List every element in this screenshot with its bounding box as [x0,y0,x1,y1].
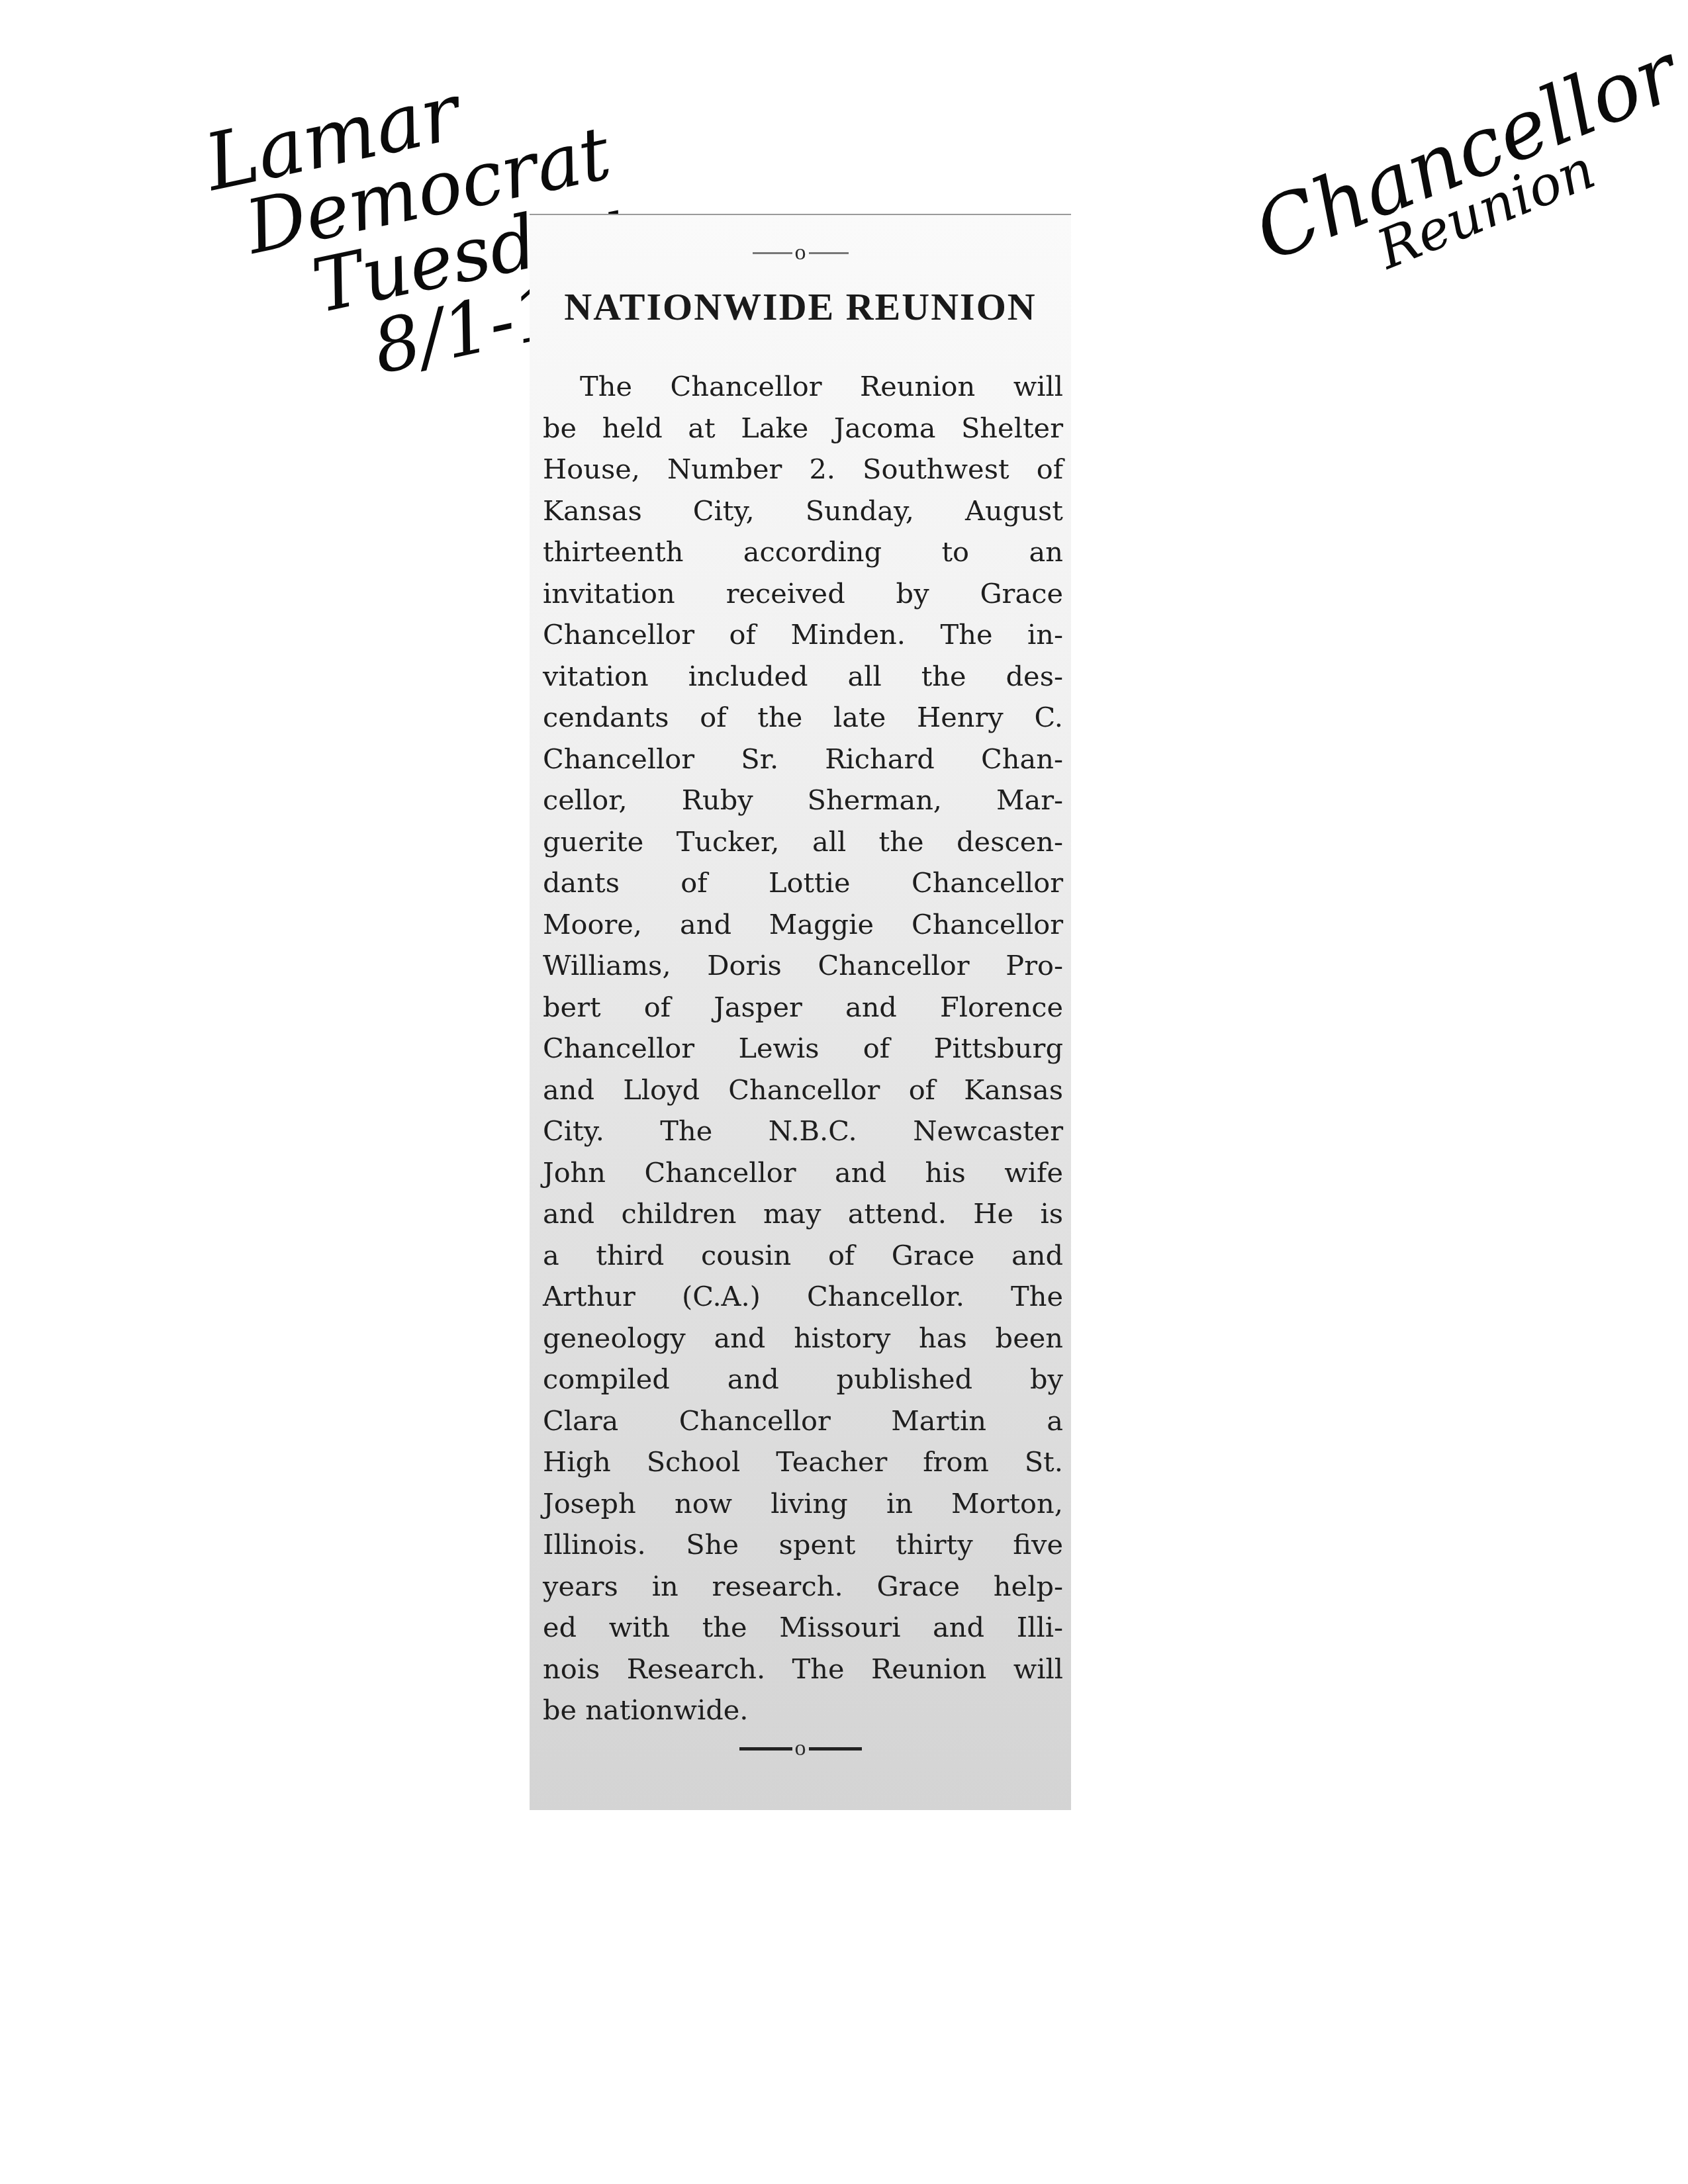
article-line: a third cousin of Grace and [543,1235,1063,1277]
article-line: ed with the Missouri and Illi- [543,1607,1063,1649]
article-line: High School Teacher from St. [543,1441,1063,1483]
handwritten-subject-note: Chancellor Reunion [1244,32,1688,318]
article-line: Chancellor Lewis of Pittsburg [543,1028,1063,1069]
article-line: Clara Chancellor Martin a [543,1400,1063,1442]
article-line: John Chancellor and his wife [543,1152,1063,1194]
article-line: Arthur (C.A.) Chancellor. The [543,1276,1063,1318]
article-line: Williams, Doris Chancellor Pro- [543,945,1063,987]
article-line: Moore, and Maggie Chancellor [543,904,1063,946]
article-line: and Lloyd Chancellor of Kansas [543,1069,1063,1111]
article-line: Illinois. She spent thirty five [543,1524,1063,1566]
article-line: Joseph now living in Morton, [543,1483,1063,1525]
article-line: dants of Lottie Chancellor [543,862,1063,904]
article-line: The Chancellor Reunion will [543,366,1063,408]
article-line: Kansas City, Sunday, August [543,490,1063,532]
article-line: Chancellor of Minden. The in- [543,614,1063,656]
article-line: years in research. Grace help- [543,1566,1063,1608]
article-line: vitation included all the des- [543,656,1063,698]
article-line: nois Research. The Reunion will [543,1649,1063,1690]
article-line: cendants of the late Henry C. [543,697,1063,739]
article-line: geneology and history has been [543,1318,1063,1359]
article-line: bert of Jasper and Florence [543,987,1063,1028]
article-line: House, Number 2. Southwest of [543,449,1063,490]
article-line: be nationwide. [543,1690,1063,1731]
ornament-divider-top: o [530,242,1071,264]
article-line: compiled and published by [543,1359,1063,1400]
newspaper-clipping: o NATIONWIDE REUNION The Chancellor Reun… [530,214,1071,1810]
article-headline: NATIONWIDE REUNION [530,285,1071,329]
article-line: invitation received by Grace [543,573,1063,615]
article-line: guerite Tucker, all the descen- [543,821,1063,863]
article-line: cellor, Ruby Sherman, Mar- [543,780,1063,821]
article-line: be held at Lake Jacoma Shelter [543,408,1063,449]
article-line: City. The N.B.C. Newcaster [543,1111,1063,1152]
article-line: and children may attend. He is [543,1193,1063,1235]
article-body: The Chancellor Reunion willbe held at La… [543,366,1063,1731]
article-line: Chancellor Sr. Richard Chan- [543,739,1063,780]
ornament-divider-bottom: o [530,1737,1071,1760]
article-line: thirteenth according to an [543,531,1063,573]
